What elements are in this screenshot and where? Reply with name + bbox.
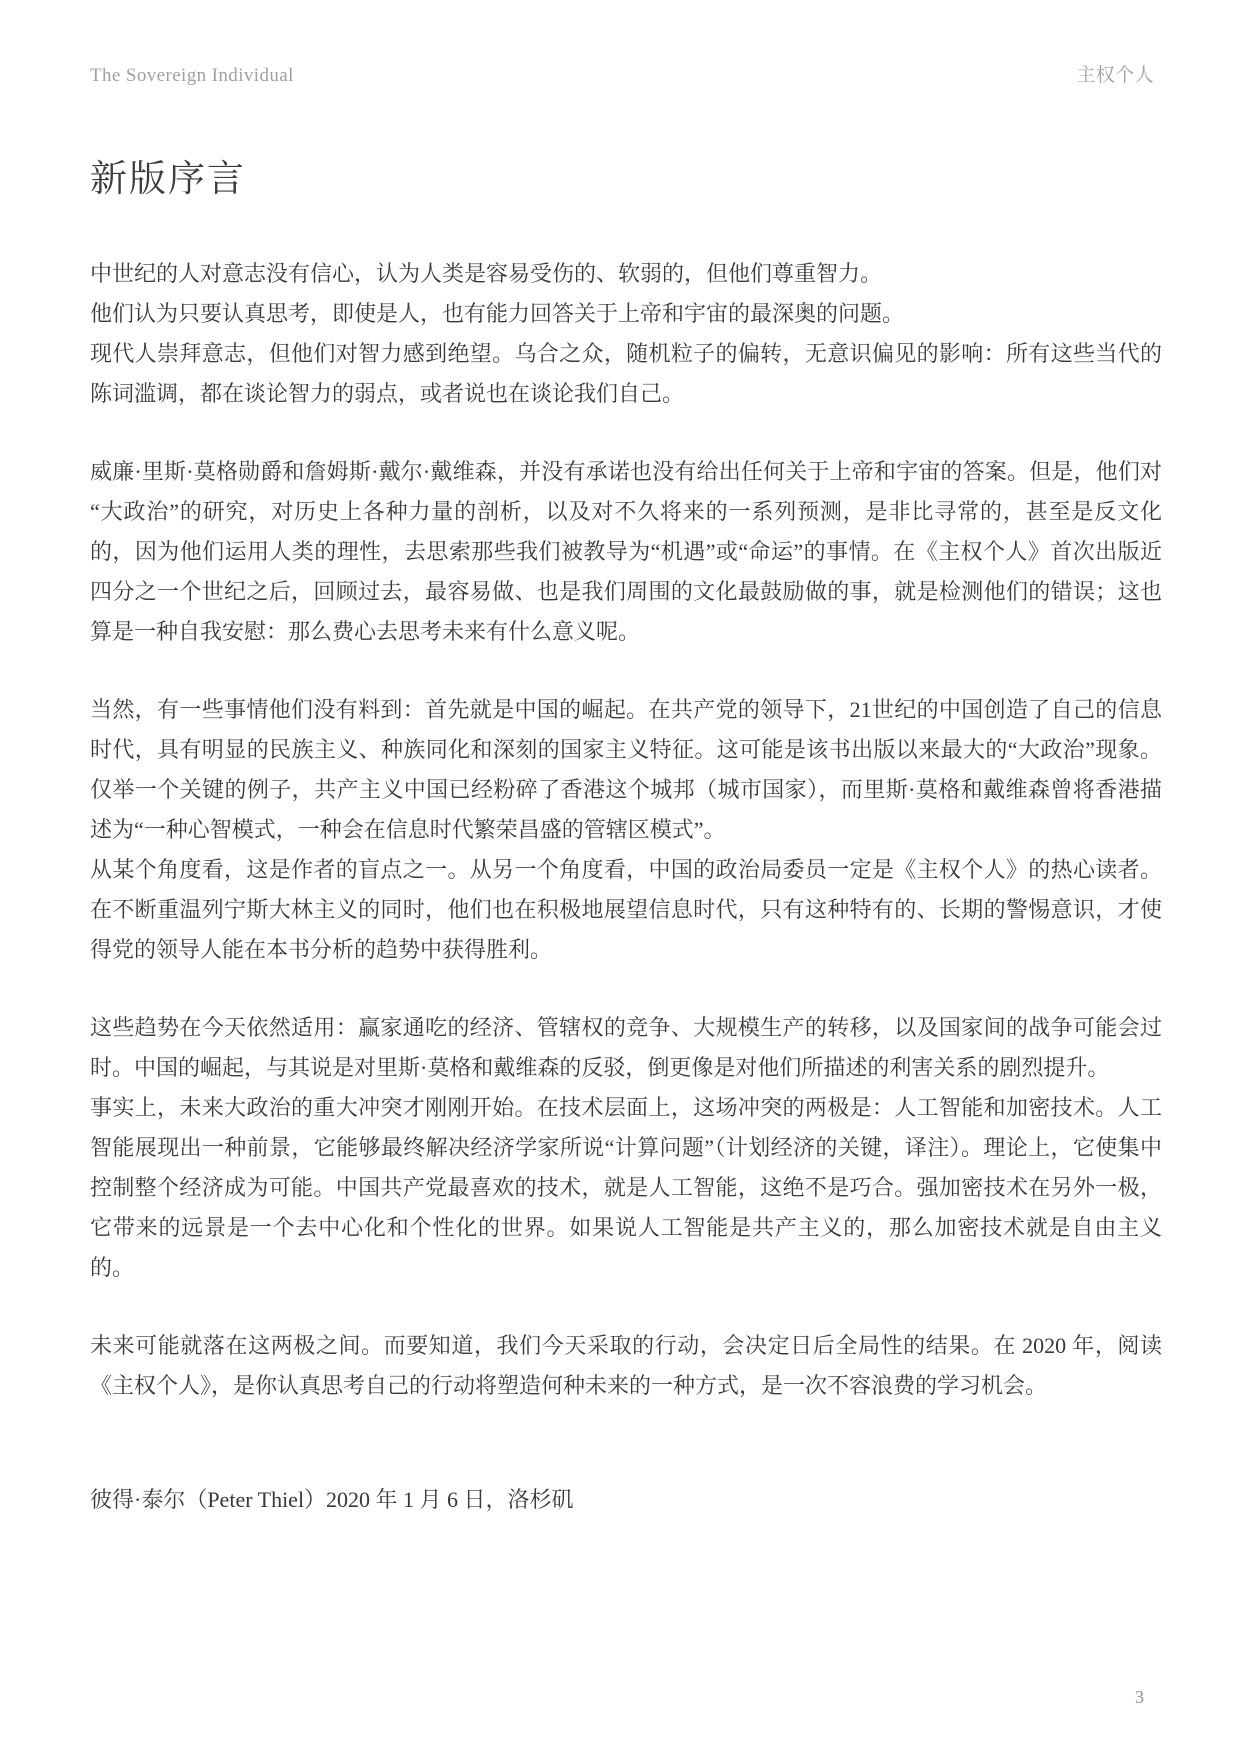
chapter-title: 新版序言: [90, 158, 1162, 202]
paragraph: 这些趋势在今天依然适用：赢家通吃的经济、管辖权的竞争、大规模生产的转移，以及国家…: [90, 1008, 1162, 1288]
header-book-title-zh: 主权个人: [1076, 60, 1154, 87]
paragraph-line: 这些趋势在今天依然适用：赢家通吃的经济、管辖权的竞争、大规模生产的转移，以及国家…: [90, 1008, 1162, 1088]
paragraph-line: 现代人崇拜意志，但他们对智力感到绝望。乌合之众，随机粒子的偏转，无意识偏见的影响…: [90, 334, 1162, 414]
paragraph-line: 从某个角度看，这是作者的盲点之一。从另一个角度看，中国的政治局委员一定是《主权个…: [90, 850, 1162, 970]
paragraph-line: 他们认为只要认真思考，即使是人，也有能力回答关于上帝和宇宙的最深奥的问题。: [90, 294, 1162, 334]
page-number: 3: [1135, 1687, 1144, 1707]
paragraph-line: 威廉·里斯·莫格勋爵和詹姆斯·戴尔·戴维森，并没有承诺也没有给出任何关于上帝和宇…: [90, 452, 1162, 652]
paragraph: 中世纪的人对意志没有信心，认为人类是容易受伤的、软弱的，但他们尊重智力。 他们认…: [90, 254, 1162, 414]
header-book-title-en: The Sovereign Individual: [90, 65, 294, 87]
paragraph-line: 事实上，未来大政治的重大冲突才刚刚开始。在技术层面上，这场冲突的两极是：人工智能…: [90, 1088, 1162, 1288]
page-footer: 3: [1135, 1687, 1144, 1708]
paragraph: 未来可能就落在这两极之间。而要知道，我们今天采取的行动，会决定日后全局性的结果。…: [90, 1326, 1162, 1406]
book-page: The Sovereign Individual 主权个人 新版序言 中世纪的人…: [0, 0, 1240, 1754]
page-content: 新版序言 中世纪的人对意志没有信心，认为人类是容易受伤的、软弱的，但他们尊重智力…: [90, 158, 1162, 1520]
signature-line: 彼得·泰尔（Peter Thiel）2020 年 1 月 6 日，洛杉矶: [90, 1480, 1162, 1520]
paragraph: 威廉·里斯·莫格勋爵和詹姆斯·戴尔·戴维森，并没有承诺也没有给出任何关于上帝和宇…: [90, 452, 1162, 652]
paragraph-line: 未来可能就落在这两极之间。而要知道，我们今天采取的行动，会决定日后全局性的结果。…: [90, 1326, 1162, 1406]
running-header: The Sovereign Individual 主权个人: [90, 60, 1154, 87]
paragraph: 当然，有一些事情他们没有料到：首先就是中国的崛起。在共产党的领导下，21世纪的中…: [90, 690, 1162, 970]
paragraph-line: 中世纪的人对意志没有信心，认为人类是容易受伤的、软弱的，但他们尊重智力。: [90, 254, 1162, 294]
paragraph-line: 当然，有一些事情他们没有料到：首先就是中国的崛起。在共产党的领导下，21世纪的中…: [90, 690, 1162, 850]
